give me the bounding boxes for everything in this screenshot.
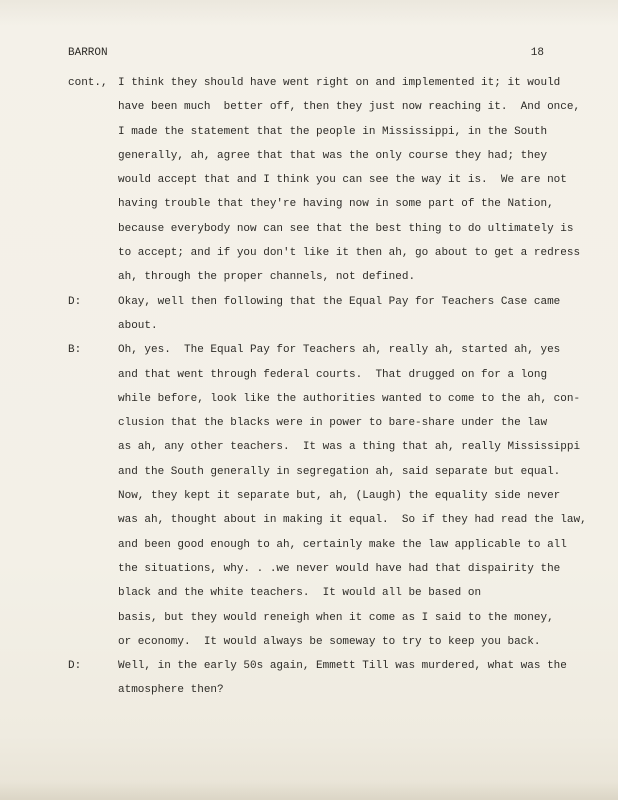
transcript-line: because everybody now can see that the b… (118, 217, 588, 241)
transcript-line: black and the white teachers. It would a… (118, 581, 588, 605)
speaker-lines: Okay, well then following that the Equal… (118, 290, 588, 339)
transcript-line: I think they should have went right on a… (118, 71, 588, 95)
transcript-line: as ah, any other teachers. It was a thin… (118, 435, 588, 459)
speaker-label: cont., (68, 71, 118, 95)
transcript-line: would accept that and I think you can se… (118, 168, 588, 192)
document-page: BARRON 18 cont.,I think they should have… (0, 0, 618, 800)
speaker-lines: Oh, yes. The Equal Pay for Teachers ah, … (118, 338, 588, 654)
transcript-line: and the South generally in segregation a… (118, 460, 588, 484)
transcript-line: and been good enough to ah, certainly ma… (118, 533, 588, 557)
transcript-line: Now, they kept it separate but, ah, (Lau… (118, 484, 588, 508)
transcript-line: ah, through the proper channels, not def… (118, 265, 588, 289)
scan-shading-top (0, 0, 618, 26)
speaker-label: D: (68, 654, 118, 678)
transcript-entry: B:Oh, yes. The Equal Pay for Teachers ah… (68, 338, 588, 654)
transcript-entry: D:Okay, well then following that the Equ… (68, 290, 588, 339)
transcript-line: while before, look like the authorities … (118, 387, 588, 411)
transcript-line: generally, ah, agree that that was the o… (118, 144, 588, 168)
scan-shading-bottom (0, 782, 618, 800)
transcript-line: Okay, well then following that the Equal… (118, 290, 588, 314)
transcript-entry: cont.,I think they should have went righ… (68, 71, 588, 290)
transcript-line: basis, but they would reneigh when it co… (118, 606, 588, 630)
transcript-line: atmosphere then? (118, 678, 588, 702)
transcript-line: have been much better off, then they jus… (118, 95, 588, 119)
transcript-line: and that went through federal courts. Th… (118, 363, 588, 387)
transcript-entry: D:Well, in the early 50s again, Emmett T… (68, 654, 588, 703)
speaker-label: D: (68, 290, 118, 314)
transcript-line: to accept; and if you don't like it then… (118, 241, 588, 265)
speaker-name-heading: BARRON (68, 46, 108, 60)
speaker-lines: Well, in the early 50s again, Emmett Til… (118, 654, 588, 703)
transcript: cont.,I think they should have went righ… (68, 71, 588, 703)
transcript-line: or economy. It would always be someway t… (118, 630, 588, 654)
transcript-line: the situations, why. . .we never would h… (118, 557, 588, 581)
transcript-line: Oh, yes. The Equal Pay for Teachers ah, … (118, 338, 588, 362)
transcript-line: clusion that the blacks were in power to… (118, 411, 588, 435)
transcript-line: was ah, thought about in making it equal… (118, 508, 588, 532)
page-number: 18 (531, 46, 544, 60)
transcript-line: Well, in the early 50s again, Emmett Til… (118, 654, 588, 678)
transcript-line: about. (118, 314, 588, 338)
transcript-line: having trouble that they're having now i… (118, 192, 588, 216)
page-header: BARRON 18 (68, 46, 544, 60)
speaker-label: B: (68, 338, 118, 362)
speaker-lines: I think they should have went right on a… (118, 71, 588, 290)
transcript-line: I made the statement that the people in … (118, 120, 588, 144)
